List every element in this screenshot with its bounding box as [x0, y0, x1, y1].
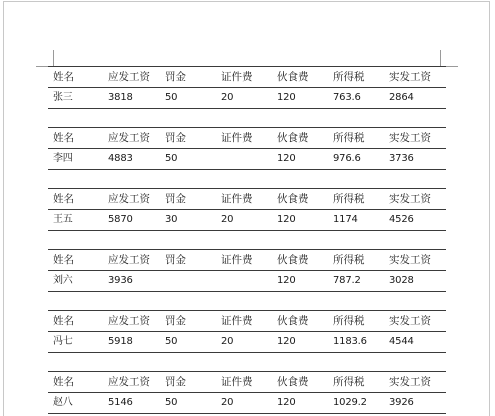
header-meal-fee[interactable]: 伙食费 [272, 67, 328, 88]
cell-gross-salary[interactable]: 3818 [103, 88, 160, 109]
cell-fine[interactable]: 50 [160, 332, 216, 353]
header-meal-fee[interactable]: 伙食费 [272, 311, 328, 332]
header-fine[interactable]: 罚金 [160, 311, 216, 332]
cell-income-tax[interactable]: 1174 [328, 210, 384, 231]
header-meal-fee[interactable]: 伙食费 [272, 128, 328, 149]
header-income-tax[interactable]: 所得税 [328, 67, 384, 88]
cell-name[interactable]: 王五 [48, 210, 103, 231]
cell-net-salary[interactable]: 4526 [384, 210, 446, 231]
cell-fine[interactable]: 50 [160, 88, 216, 109]
cell-name[interactable]: 李四 [48, 149, 103, 170]
cell-net-salary[interactable]: 3736 [384, 149, 446, 170]
header-name[interactable]: 姓名 [48, 250, 103, 271]
header-gross-salary[interactable]: 应发工资 [103, 189, 160, 210]
header-name[interactable]: 姓名 [48, 372, 103, 393]
salary-slip-table-5: 姓名 应发工资 罚金 证件费 伙食费 所得税 实发工资 冯七 5918 50 2… [48, 310, 446, 353]
salary-slip-table-3: 姓名 应发工资 罚金 证件费 伙食费 所得税 实发工资 王五 5870 30 2… [48, 188, 446, 231]
header-row: 姓名 应发工资 罚金 证件费 伙食费 所得税 实发工资 [48, 128, 446, 149]
salary-slip-table-6: 姓名 应发工资 罚金 证件费 伙食费 所得税 实发工资 赵八 5146 50 2… [48, 371, 446, 414]
header-meal-fee[interactable]: 伙食费 [272, 189, 328, 210]
header-income-tax[interactable]: 所得税 [328, 128, 384, 149]
salary-slip-table-1: 姓名 应发工资 罚金 证件费 伙食费 所得税 实发工资 张三 3818 50 2… [48, 66, 446, 109]
data-row: 赵八 5146 50 20 120 1029.2 3926 [48, 393, 446, 414]
cell-gross-salary[interactable]: 5918 [103, 332, 160, 353]
cell-name[interactable]: 张三 [48, 88, 103, 109]
header-gross-salary[interactable]: 应发工资 [103, 311, 160, 332]
data-row: 王五 5870 30 20 120 1174 4526 [48, 210, 446, 231]
cell-income-tax[interactable]: 763.6 [328, 88, 384, 109]
header-id-fee[interactable]: 证件费 [216, 189, 272, 210]
header-income-tax[interactable]: 所得税 [328, 189, 384, 210]
cell-meal-fee[interactable]: 120 [272, 149, 328, 170]
cell-fine[interactable]: 50 [160, 149, 216, 170]
header-net-salary[interactable]: 实发工资 [384, 250, 446, 271]
header-meal-fee[interactable]: 伙食费 [272, 250, 328, 271]
cell-name[interactable]: 赵八 [48, 393, 103, 414]
cell-id-fee[interactable]: 20 [216, 210, 272, 231]
header-id-fee[interactable]: 证件费 [216, 311, 272, 332]
data-row: 冯七 5918 50 20 120 1183.6 4544 [48, 332, 446, 353]
cell-meal-fee[interactable]: 120 [272, 210, 328, 231]
header-gross-salary[interactable]: 应发工资 [103, 67, 160, 88]
header-fine[interactable]: 罚金 [160, 67, 216, 88]
cell-income-tax[interactable]: 1183.6 [328, 332, 384, 353]
cell-net-salary[interactable]: 3028 [384, 271, 446, 292]
header-row: 姓名 应发工资 罚金 证件费 伙食费 所得税 实发工资 [48, 372, 446, 393]
margin-crop-mark-top-right-vertical [440, 50, 441, 66]
header-net-salary[interactable]: 实发工资 [384, 311, 446, 332]
cell-name[interactable]: 冯七 [48, 332, 103, 353]
salary-slip-table-2: 姓名 应发工资 罚金 证件费 伙食费 所得税 实发工资 李四 4883 50 1… [48, 127, 446, 170]
header-gross-salary[interactable]: 应发工资 [103, 128, 160, 149]
margin-crop-mark-top-left-horizontal [36, 66, 48, 67]
header-net-salary[interactable]: 实发工资 [384, 372, 446, 393]
header-name[interactable]: 姓名 [48, 189, 103, 210]
cell-meal-fee[interactable]: 120 [272, 393, 328, 414]
header-net-salary[interactable]: 实发工资 [384, 128, 446, 149]
cell-fine[interactable]: 50 [160, 393, 216, 414]
cell-income-tax[interactable]: 976.6 [328, 149, 384, 170]
header-name[interactable]: 姓名 [48, 67, 103, 88]
header-meal-fee[interactable]: 伙食费 [272, 372, 328, 393]
cell-id-fee[interactable]: 20 [216, 88, 272, 109]
margin-crop-mark-top-left-vertical [53, 50, 54, 66]
header-net-salary[interactable]: 实发工资 [384, 67, 446, 88]
cell-id-fee[interactable]: 20 [216, 393, 272, 414]
margin-crop-mark-top-right-horizontal [446, 66, 458, 67]
header-id-fee[interactable]: 证件费 [216, 372, 272, 393]
cell-income-tax[interactable]: 787.2 [328, 271, 384, 292]
salary-slip-table-4: 姓名 应发工资 罚金 证件费 伙食费 所得税 实发工资 刘六 3936 120 … [48, 249, 446, 292]
cell-net-salary[interactable]: 4544 [384, 332, 446, 353]
header-fine[interactable]: 罚金 [160, 128, 216, 149]
header-name[interactable]: 姓名 [48, 128, 103, 149]
cell-meal-fee[interactable]: 120 [272, 88, 328, 109]
data-row: 张三 3818 50 20 120 763.6 2864 [48, 88, 446, 109]
header-row: 姓名 应发工资 罚金 证件费 伙食费 所得税 实发工资 [48, 67, 446, 88]
header-row: 姓名 应发工资 罚金 证件费 伙食费 所得税 实发工资 [48, 250, 446, 271]
header-id-fee[interactable]: 证件费 [216, 250, 272, 271]
cell-fine[interactable]: 30 [160, 210, 216, 231]
header-gross-salary[interactable]: 应发工资 [103, 372, 160, 393]
header-row: 姓名 应发工资 罚金 证件费 伙食费 所得税 实发工资 [48, 189, 446, 210]
header-gross-salary[interactable]: 应发工资 [103, 250, 160, 271]
cell-id-fee[interactable] [216, 271, 272, 292]
cell-meal-fee[interactable]: 120 [272, 332, 328, 353]
header-net-salary[interactable]: 实发工资 [384, 189, 446, 210]
cell-income-tax[interactable]: 1029.2 [328, 393, 384, 414]
header-income-tax[interactable]: 所得税 [328, 250, 384, 271]
cell-id-fee[interactable] [216, 149, 272, 170]
data-row: 李四 4883 50 120 976.6 3736 [48, 149, 446, 170]
cell-net-salary[interactable]: 2864 [384, 88, 446, 109]
header-income-tax[interactable]: 所得税 [328, 372, 384, 393]
cell-gross-salary[interactable]: 5146 [103, 393, 160, 414]
cell-meal-fee[interactable]: 120 [272, 271, 328, 292]
cell-net-salary[interactable]: 3926 [384, 393, 446, 414]
cell-gross-salary[interactable]: 3936 [103, 271, 160, 292]
header-id-fee[interactable]: 证件费 [216, 67, 272, 88]
header-name[interactable]: 姓名 [48, 311, 103, 332]
header-row: 姓名 应发工资 罚金 证件费 伙食费 所得税 实发工资 [48, 311, 446, 332]
header-fine[interactable]: 罚金 [160, 372, 216, 393]
header-fine[interactable]: 罚金 [160, 189, 216, 210]
cell-fine[interactable] [160, 271, 216, 292]
data-row: 刘六 3936 120 787.2 3028 [48, 271, 446, 292]
cell-id-fee[interactable]: 20 [216, 332, 272, 353]
cell-gross-salary[interactable]: 4883 [103, 149, 160, 170]
cell-gross-salary[interactable]: 5870 [103, 210, 160, 231]
header-income-tax[interactable]: 所得税 [328, 311, 384, 332]
header-id-fee[interactable]: 证件费 [216, 128, 272, 149]
cell-name[interactable]: 刘六 [48, 271, 103, 292]
header-fine[interactable]: 罚金 [160, 250, 216, 271]
